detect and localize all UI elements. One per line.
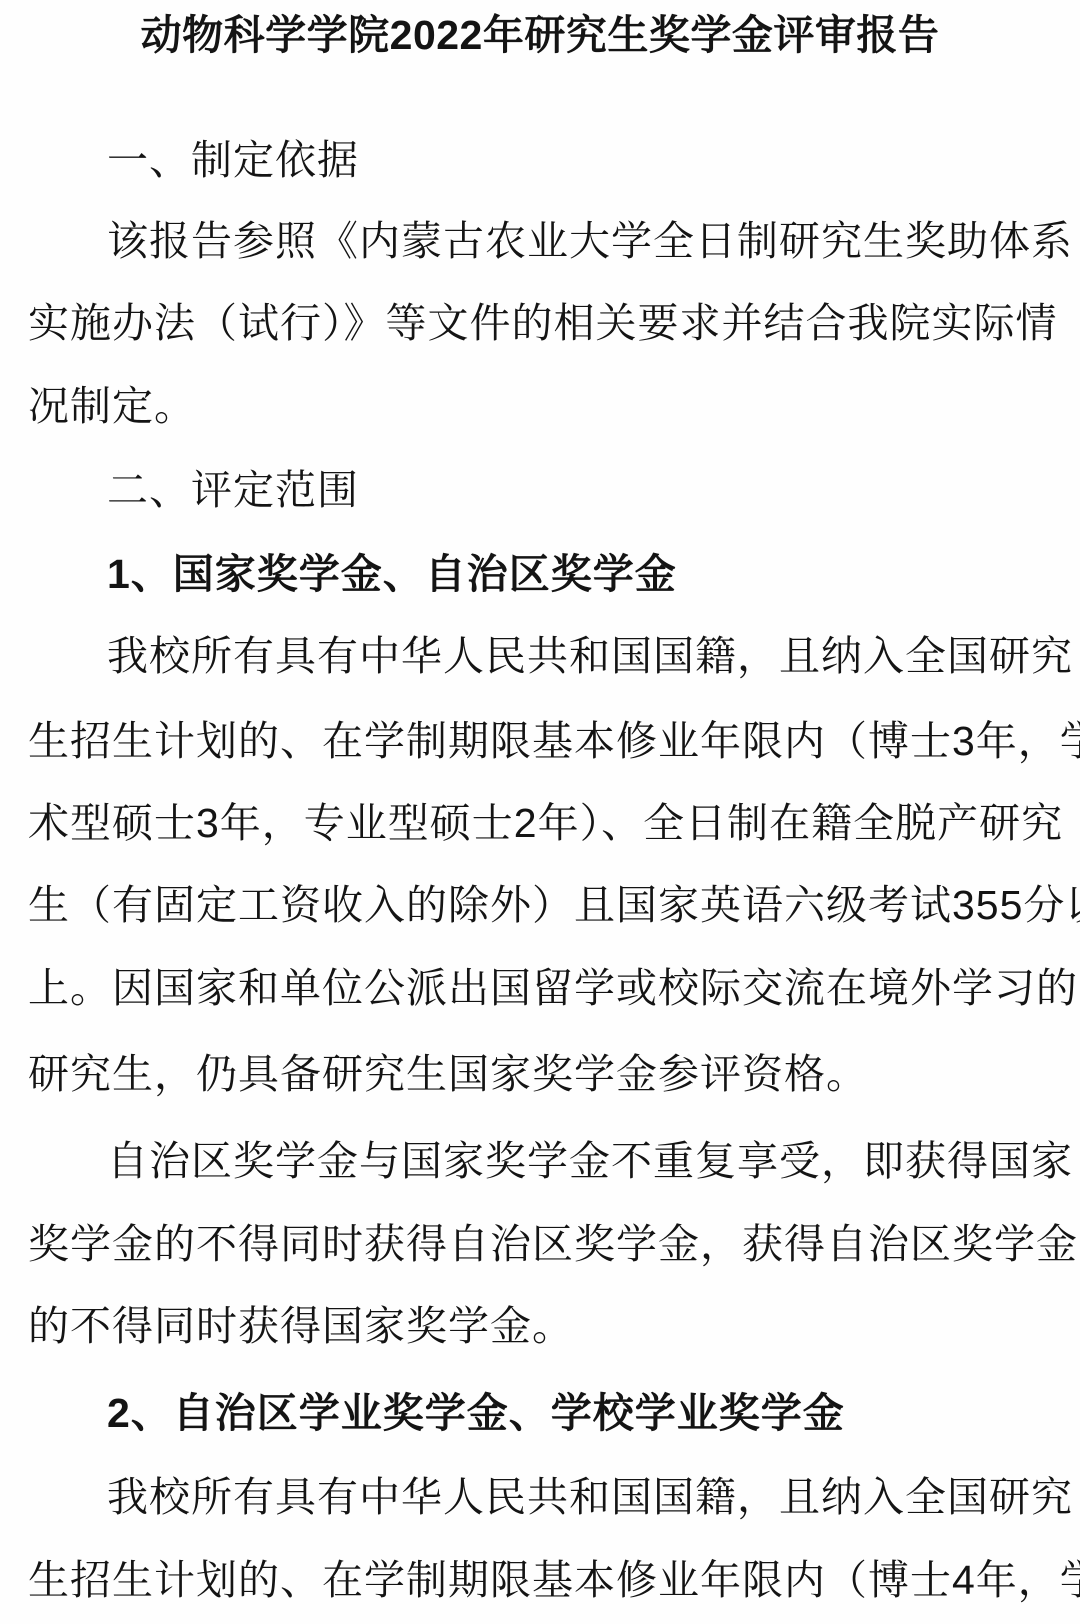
paragraph-4-line-2: 生招生计划的、在学制期限基本修业年限内（博士4年，学	[28, 1558, 1080, 1603]
paragraph-1-line-1: 该报告参照《内蒙古农业大学全日制研究生奖助体系	[107, 219, 1073, 264]
section-1-heading: 一、制定依据	[107, 138, 359, 183]
paragraph-2-line-5: 上。因国家和单位公派出国留学或校际交流在境外学习的	[28, 966, 1078, 1011]
paragraph-3-line-2: 奖学金的不得同时获得自治区奖学金，获得自治区奖学金	[28, 1222, 1078, 1267]
document-page: 动物科学学院2022年研究生奖学金评审报告 一、制定依据 该报告参照《内蒙古农业…	[0, 0, 1080, 1624]
subsection-1-heading: 1、国家奖学金、自治区奖学金	[107, 552, 677, 597]
paragraph-3-line-3: 的不得同时获得国家奖学金。	[28, 1304, 574, 1349]
paragraph-2-line-2: 生招生计划的、在学制期限基本修业年限内（博士3年，学	[28, 719, 1080, 764]
paragraph-2-line-4: 生（有固定工资收入的除外）且国家英语六级考试355分以	[28, 883, 1080, 928]
paragraph-2-line-1: 我校所有具有中华人民共和国国籍，且纳入全国研究	[107, 634, 1073, 679]
document-title: 动物科学学院2022年研究生奖学金评审报告	[0, 12, 1080, 59]
paragraph-2-line-6: 研究生，仍具备研究生国家奖学金参评资格。	[28, 1052, 868, 1097]
subsection-2-heading: 2、自治区学业奖学金、学校学业奖学金	[107, 1391, 845, 1436]
paragraph-4-line-1: 我校所有具有中华人民共和国国籍，且纳入全国研究	[107, 1475, 1073, 1520]
paragraph-3-line-1: 自治区奖学金与国家奖学金不重复享受，即获得国家	[107, 1139, 1073, 1184]
paragraph-1-line-3: 况制定。	[28, 384, 196, 429]
paragraph-2-line-3: 术型硕士3年，专业型硕士2年）、全日制在籍全脱产研究	[28, 801, 1063, 846]
paragraph-1-line-2: 实施办法（试行）》等文件的相关要求并结合我院实际情	[28, 301, 1058, 346]
section-2-heading: 二、评定范围	[107, 468, 359, 513]
